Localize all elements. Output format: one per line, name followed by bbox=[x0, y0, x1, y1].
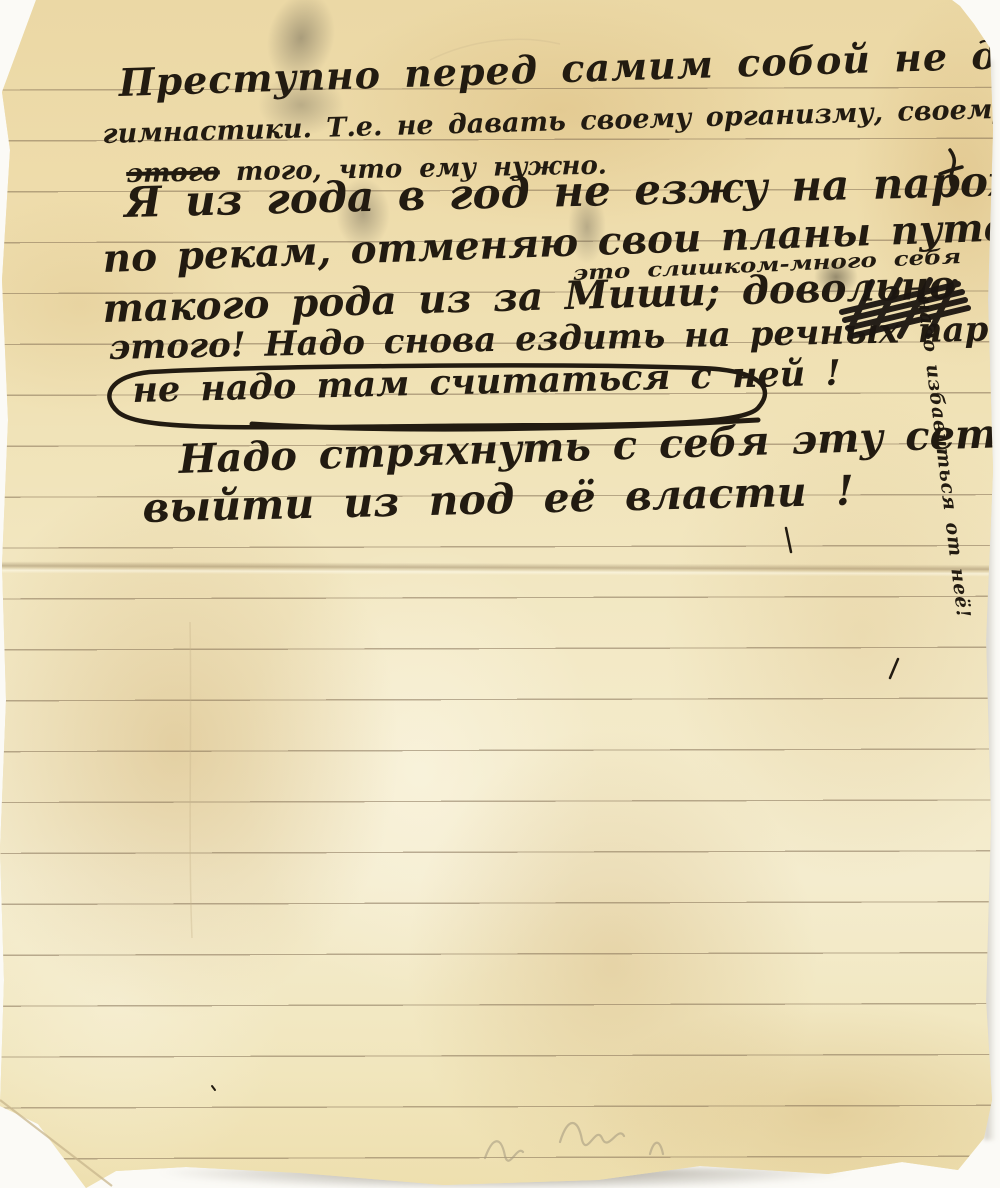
scanned-manuscript-page: Преступно перед самим собой не делать ги… bbox=[0, 0, 1000, 1188]
paper-sheet: Преступно перед самим собой не делать ги… bbox=[0, 0, 1000, 1188]
